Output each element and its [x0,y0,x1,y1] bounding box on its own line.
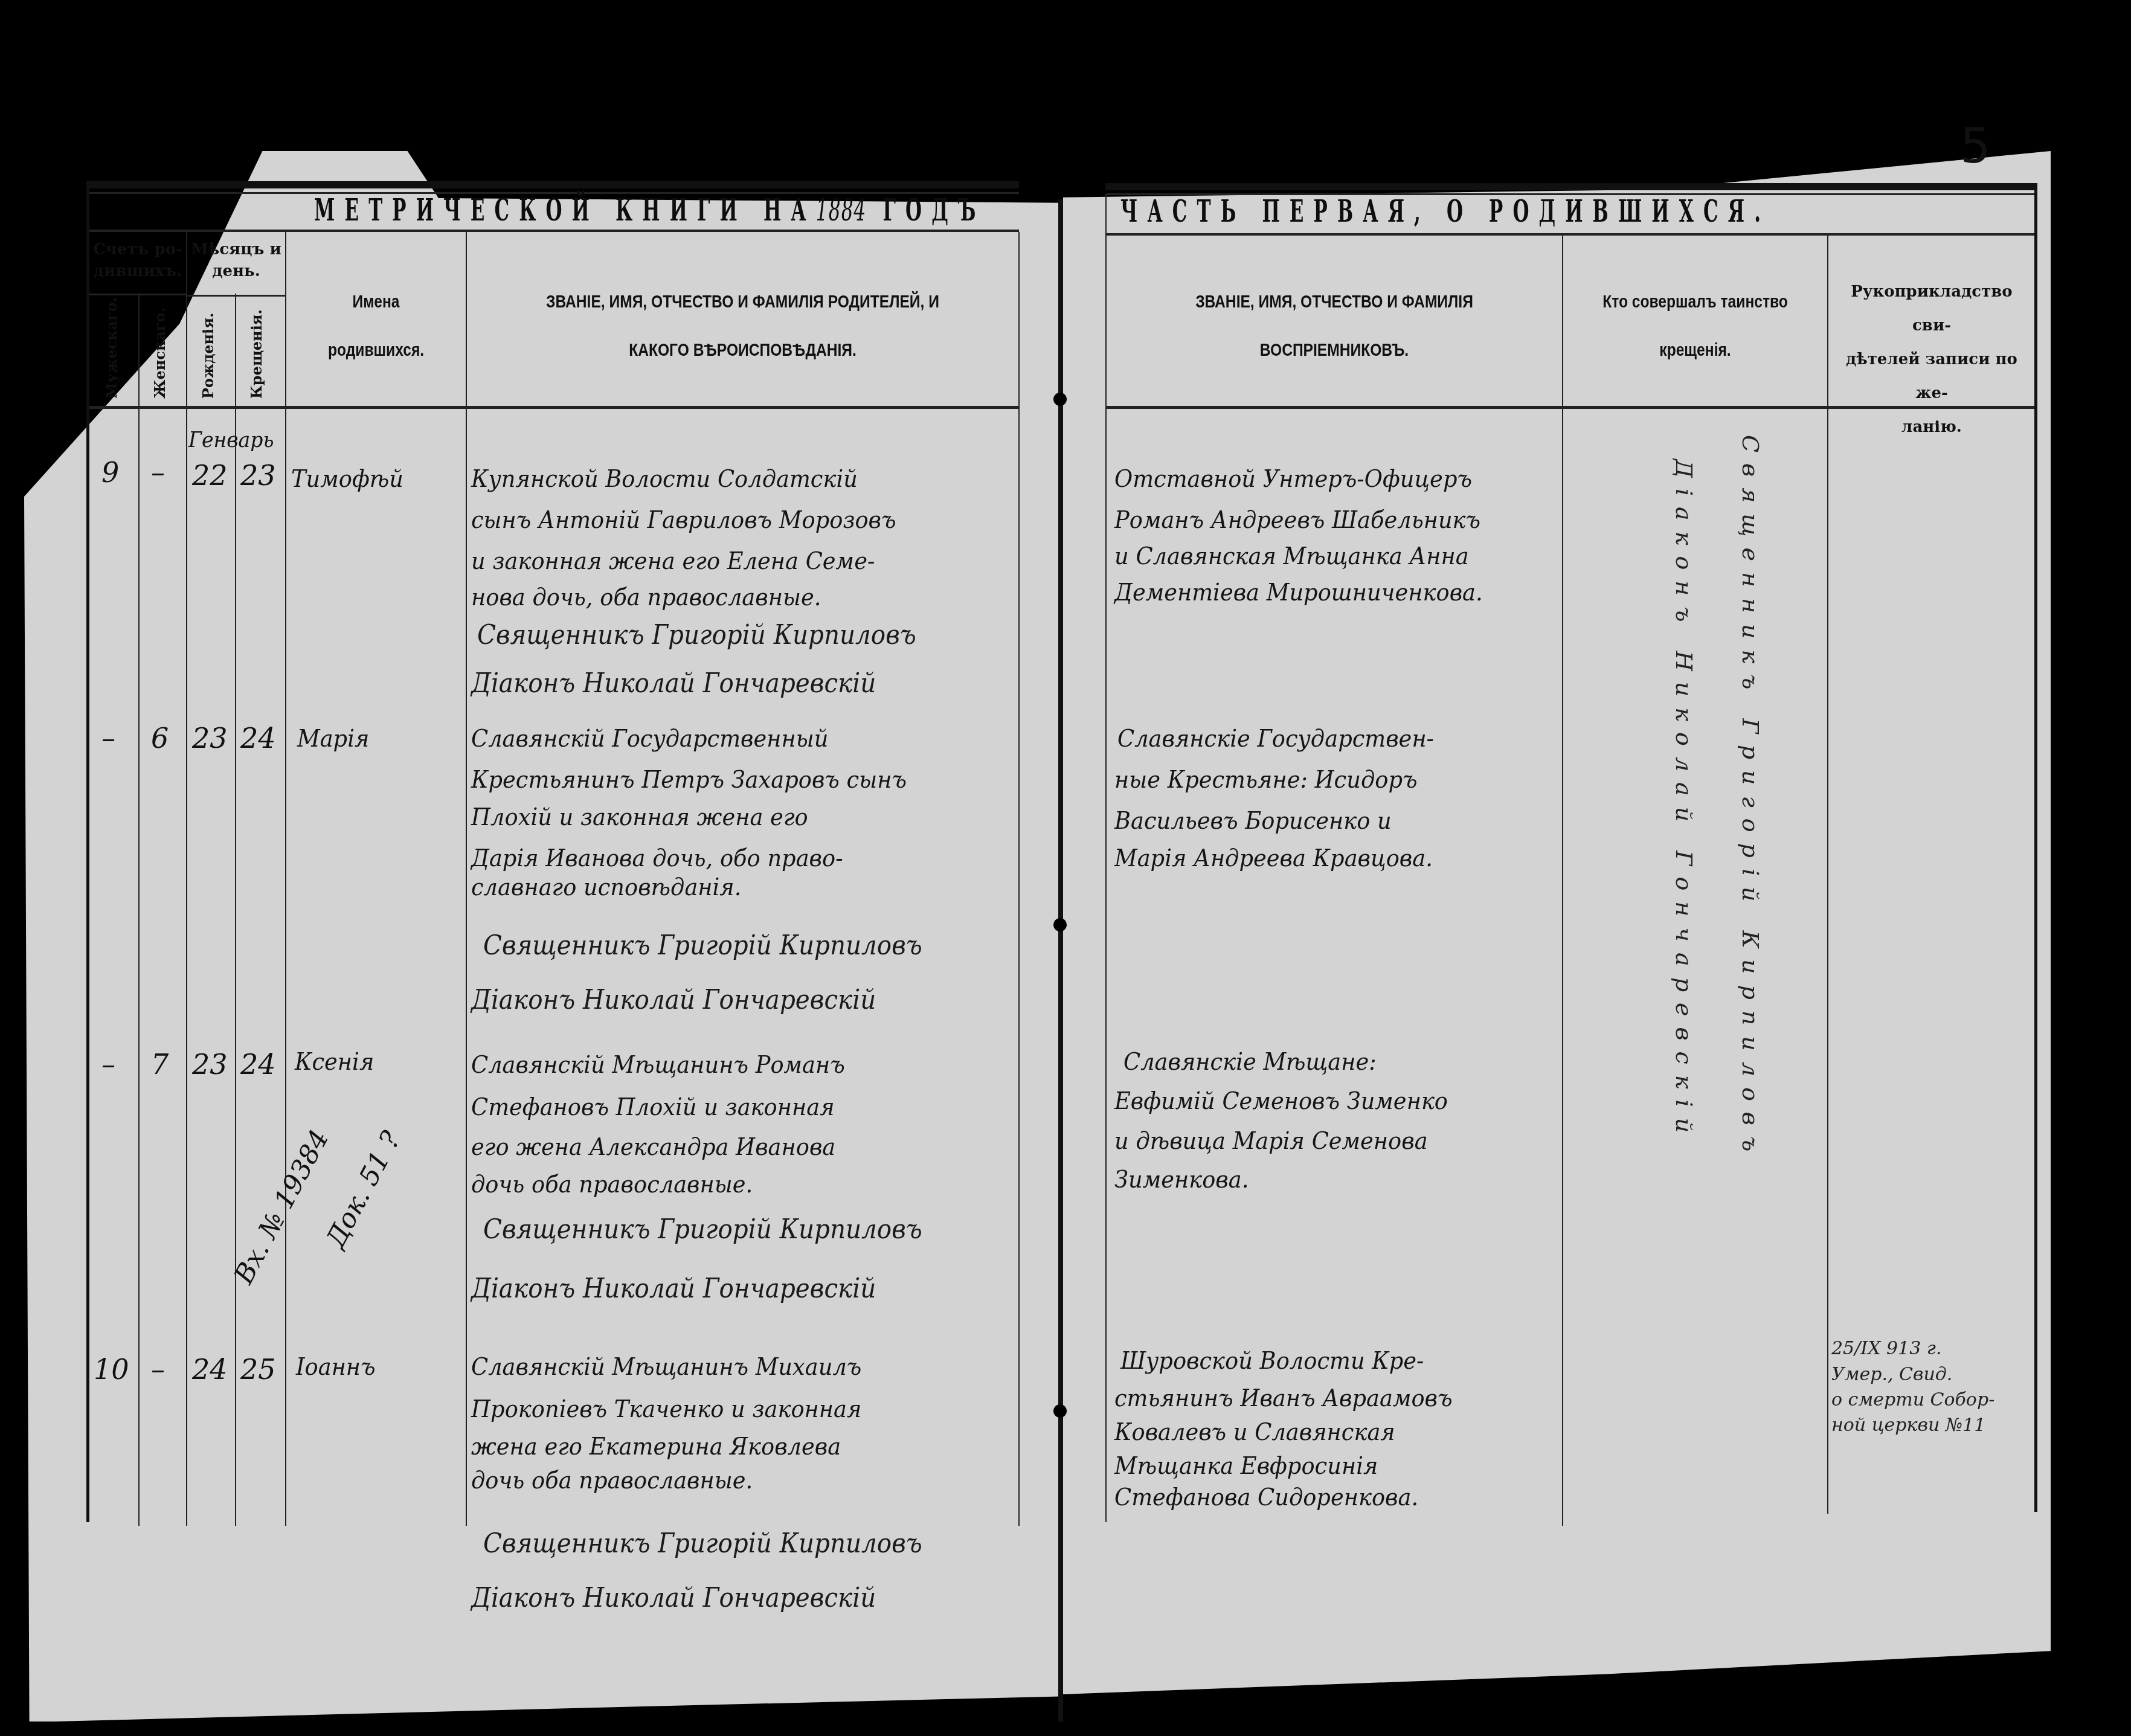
header-text: крещенія. [1587,332,1803,368]
header-text: ЗВАНІЕ, ИМЯ, ОТЧЕСТВО И ФАМИЛІЯ РОДИТЕЛЕ… [516,284,969,320]
record-parents-line: Славянскій Государственный [471,725,828,753]
header-count-group: Счетъ ро- дившихъ. [89,239,186,282]
record-child-name: Іоаннъ [296,1353,376,1381]
record-parents-line: Славянскій Мѣщанинъ Романъ [471,1051,845,1079]
top-border [1105,183,2036,190]
col-divider [466,232,467,1526]
record-birth-day: 22 [192,459,228,492]
header-bottom-rule [88,406,1019,409]
record-birth-day: 24 [192,1353,228,1386]
right-page-title: ЧАСТЬ ПЕРВАЯ, О РОДИВШИХСЯ. [1120,193,1770,229]
record-female-count: – [151,1353,165,1386]
deacon-signature: Діаконъ Николай Гончаревскій [471,985,876,1015]
record-male-count: – [101,1048,115,1081]
record-baptism-day: 23 [240,459,276,492]
header-parents: ЗВАНІЕ, ИМЯ, ОТЧЕСТВО И ФАМИЛІЯ РОДИТЕЛЕ… [516,284,969,368]
record-birth-day: 23 [192,722,228,754]
record-parents-line: Стефановъ Плохій и законная [471,1093,835,1121]
record-godparents-line: Стефанова Сидоренкова. [1114,1484,1418,1511]
record-male-count: 9 [101,456,119,489]
record-female-count: 7 [151,1048,169,1081]
record-parents-line: и законная жена его Елена Семе- [471,547,875,575]
header-text: ВОСПРІЕМНИКОВЪ. [1148,332,1521,368]
officiant-priest-vertical: Священникъ Григорій Кирпиловъ [1737,435,1764,1162]
header-godparents: ЗВАНІЕ, ИМЯ, ОТЧЕСТВО И ФАМИЛІЯ ВОСПРІЕМ… [1148,284,1521,368]
record-baptism-day: 24 [240,722,276,754]
record-male-count: – [101,722,115,754]
header-text: дѣтелей записи по же- [1829,342,2034,410]
title-bottom-rule [1105,233,2036,236]
record-parents-line: Плохій и законная жена его [471,803,808,831]
record-godparents-line: стьянинъ Иванъ Авраамовъ [1114,1384,1453,1412]
record-godparents-line: Мѣщанка Евфросинія [1114,1452,1378,1480]
record-baptism-day: 25 [240,1353,276,1386]
record-godparents-line: Дементіева Мирошниченкова. [1114,579,1483,606]
record-female-count: 6 [151,722,169,754]
record-godparents-line: Марія Андреева Кравцова. [1114,844,1433,872]
binding-thread-icon [1053,1404,1067,1418]
record-birth-day: 23 [192,1048,228,1081]
record-godparents-line: Ковалевъ и Славянская [1114,1418,1395,1446]
header-names: Имена родившихся. [303,284,450,368]
record-godparents-line: и Славянская Мѣщанка Анна [1114,542,1469,570]
col-divider [186,232,187,1526]
header-male: Мужескаго. [103,297,120,399]
header-text: дившихъ. [89,260,186,282]
binding-thread-icon [1053,393,1067,406]
officiant-deacon-vertical: Діаконъ Николай Гончаревскій [1671,459,1697,1143]
top-border [88,181,1019,188]
month-label: Генварь [188,428,274,452]
record-parents-line: сынъ Антоній Гавриловъ Морозовъ [471,506,896,534]
record-godparents-line: и дѣвица Марія Семенова [1114,1127,1428,1155]
header-text: Счетъ ро- [89,239,186,260]
header-text: ЗВАНІЕ, ИМЯ, ОТЧЕСТВО И ФАМИЛІЯ [1148,284,1521,320]
record-godparents-line: Шуровской Волости Кре- [1120,1347,1424,1375]
witness-note-line: о смерти Собор- [1831,1389,1994,1410]
header-text: Имена [303,284,450,320]
witness-note-line: Умер., Свид. [1831,1364,1952,1385]
record-parents-line: Дарія Иванова дочь, обо право- [471,844,843,872]
right-frame-left [1105,193,1107,1522]
record-parents-line: славнаго исповѣданія. [471,873,741,901]
col-divider [1562,233,1563,1526]
col-divider [138,294,140,1526]
header-text: родившихся. [303,332,450,368]
title-year: 1884 [816,193,867,228]
header-text: Мѣсяцъ и [187,239,285,260]
record-godparents-line: Евфимій Семеновъ Зименко [1114,1087,1448,1115]
record-parents-line: его жена Александра Иванова [471,1133,835,1161]
record-child-name: Ксенія [295,1048,374,1076]
record-baptism-day: 24 [240,1048,276,1081]
count-subgroup-rule [88,294,186,295]
record-child-name: Тимофѣй [291,465,403,493]
record-parents-line: дочь оба православные. [471,1467,753,1494]
deacon-signature: Діаконъ Николай Гончаревскій [471,668,876,699]
record-godparents-line: Отставной Унтеръ-Офицеръ [1114,465,1472,493]
priest-signature: Священникъ Григорій Кирпиловъ [477,620,916,651]
header-baptism: Крещенія. [248,309,265,399]
book-spine [1058,199,1063,1722]
header-officiant: Кто совершалъ таинство крещенія. [1587,284,1803,368]
header-female: Женскаго. [151,307,169,399]
record-parents-line: Прокопіевъ Ткаченко и законная [471,1395,861,1423]
record-godparents-line: Славянскіе Мѣщане: [1123,1048,1377,1076]
col-divider [285,232,286,1526]
title-suffix: ГОДЪ [882,192,985,228]
col-divider [1018,232,1020,1526]
record-parents-line: жена его Екатерина Яковлева [471,1433,841,1461]
col-divider [235,294,236,1526]
header-witness: Рукоприкладство сви- дѣтелей записи по ж… [1829,275,2034,444]
record-godparents-line: Славянскіе Государствен- [1117,725,1434,753]
record-parents-line: Крестьянинъ Петръ Захаровъ сынъ [471,766,907,794]
witness-note-line: ной церкви №11 [1831,1415,1985,1436]
header-date-group: Мѣсяцъ и день. [187,239,285,282]
header-text: ланію. [1829,410,2034,444]
record-godparents-line: Васильевъ Борисенко и [1114,807,1392,835]
record-godparents-line: Романъ Андреевъ Шабельникъ [1114,506,1480,534]
header-text: КАКОГО ВѢРОИСПОВѢДАНІЯ. [516,332,969,368]
deacon-signature: Діаконъ Николай Гончаревскій [471,1583,876,1613]
record-child-name: Марія [297,725,369,753]
priest-signature: Священникъ Григорій Кирпиловъ [483,1214,922,1245]
binding-thread-icon [1053,918,1067,931]
left-page-title: МЕТРИЧЕСКОЙ КНИГИ НА1884 ГОДЪ [314,192,986,228]
record-parents-line: Славянскій Мѣщанинъ Михаилъ [471,1353,861,1381]
record-parents-line: дочь оба православные. [471,1171,753,1198]
record-godparents-line: ные Крестьяне: Исидоръ [1114,766,1418,794]
witness-note-line: 25/IX 913 г. [1831,1338,1942,1359]
priest-signature: Священникъ Григорій Кирпиловъ [483,930,922,961]
record-male-count: 10 [94,1353,129,1386]
record-parents-line: Купянской Волости Солдатскій [471,465,858,493]
deacon-signature: Діаконъ Николай Гончаревскій [471,1273,876,1304]
header-birth: Рожденія. [199,313,217,399]
record-female-count: – [151,456,165,489]
header-text: Кто совершалъ таинство [1587,284,1803,320]
title-prefix: МЕТРИЧЕСКОЙ КНИГИ НА [314,192,816,228]
record-parents-line: нова дочь, оба православные. [471,583,821,611]
page-number: 5 [1960,118,1991,174]
header-text: Рукоприкладство сви- [1829,275,2034,342]
header-text: день. [187,260,285,282]
priest-signature: Священникъ Григорій Кирпиловъ [483,1528,922,1559]
col-divider [1827,233,1828,1514]
left-frame [86,181,89,1522]
right-frame [2034,183,2037,1512]
record-godparents-line: Зименкова. [1114,1166,1249,1194]
title-bottom-rule [88,230,1019,232]
